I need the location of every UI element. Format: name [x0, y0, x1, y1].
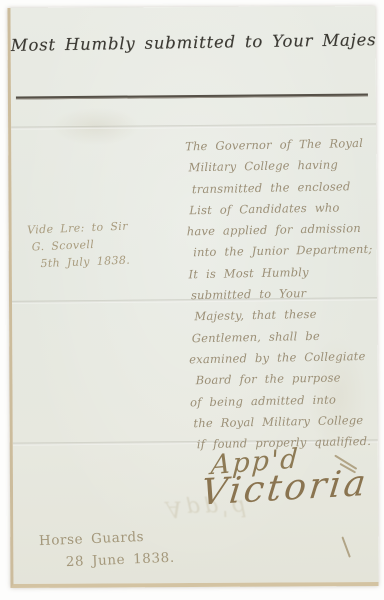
body-text: The Governor of The Royal Military Colle…: [185, 133, 379, 456]
margin-docket-note: Vide Lre: to Sir G. Scovell 5th July 183…: [27, 218, 131, 273]
paper-sheet: Most Humbly submitted to Your Majesty. V…: [7, 6, 378, 588]
body-line: The Governor of The Royal: [185, 133, 375, 158]
stray-pen-stroke: [342, 536, 351, 557]
body-line: into the Junior Department;: [193, 239, 377, 264]
header-inscription: Most Humbly submitted to Your Majesty.: [11, 30, 376, 55]
date-line: 28 June 1838.: [65, 547, 175, 573]
body-line: transmitted the enclosed: [192, 175, 376, 200]
body-line: examined by the Collegiate: [189, 346, 378, 371]
header-rule: [16, 93, 368, 99]
place-date: Horse Guards 28 June 1838.: [38, 525, 175, 574]
document-scan: Most Humbly submitted to Your Majesty. V…: [0, 0, 384, 600]
margin-note-line: 5th July 1838.: [40, 252, 130, 273]
